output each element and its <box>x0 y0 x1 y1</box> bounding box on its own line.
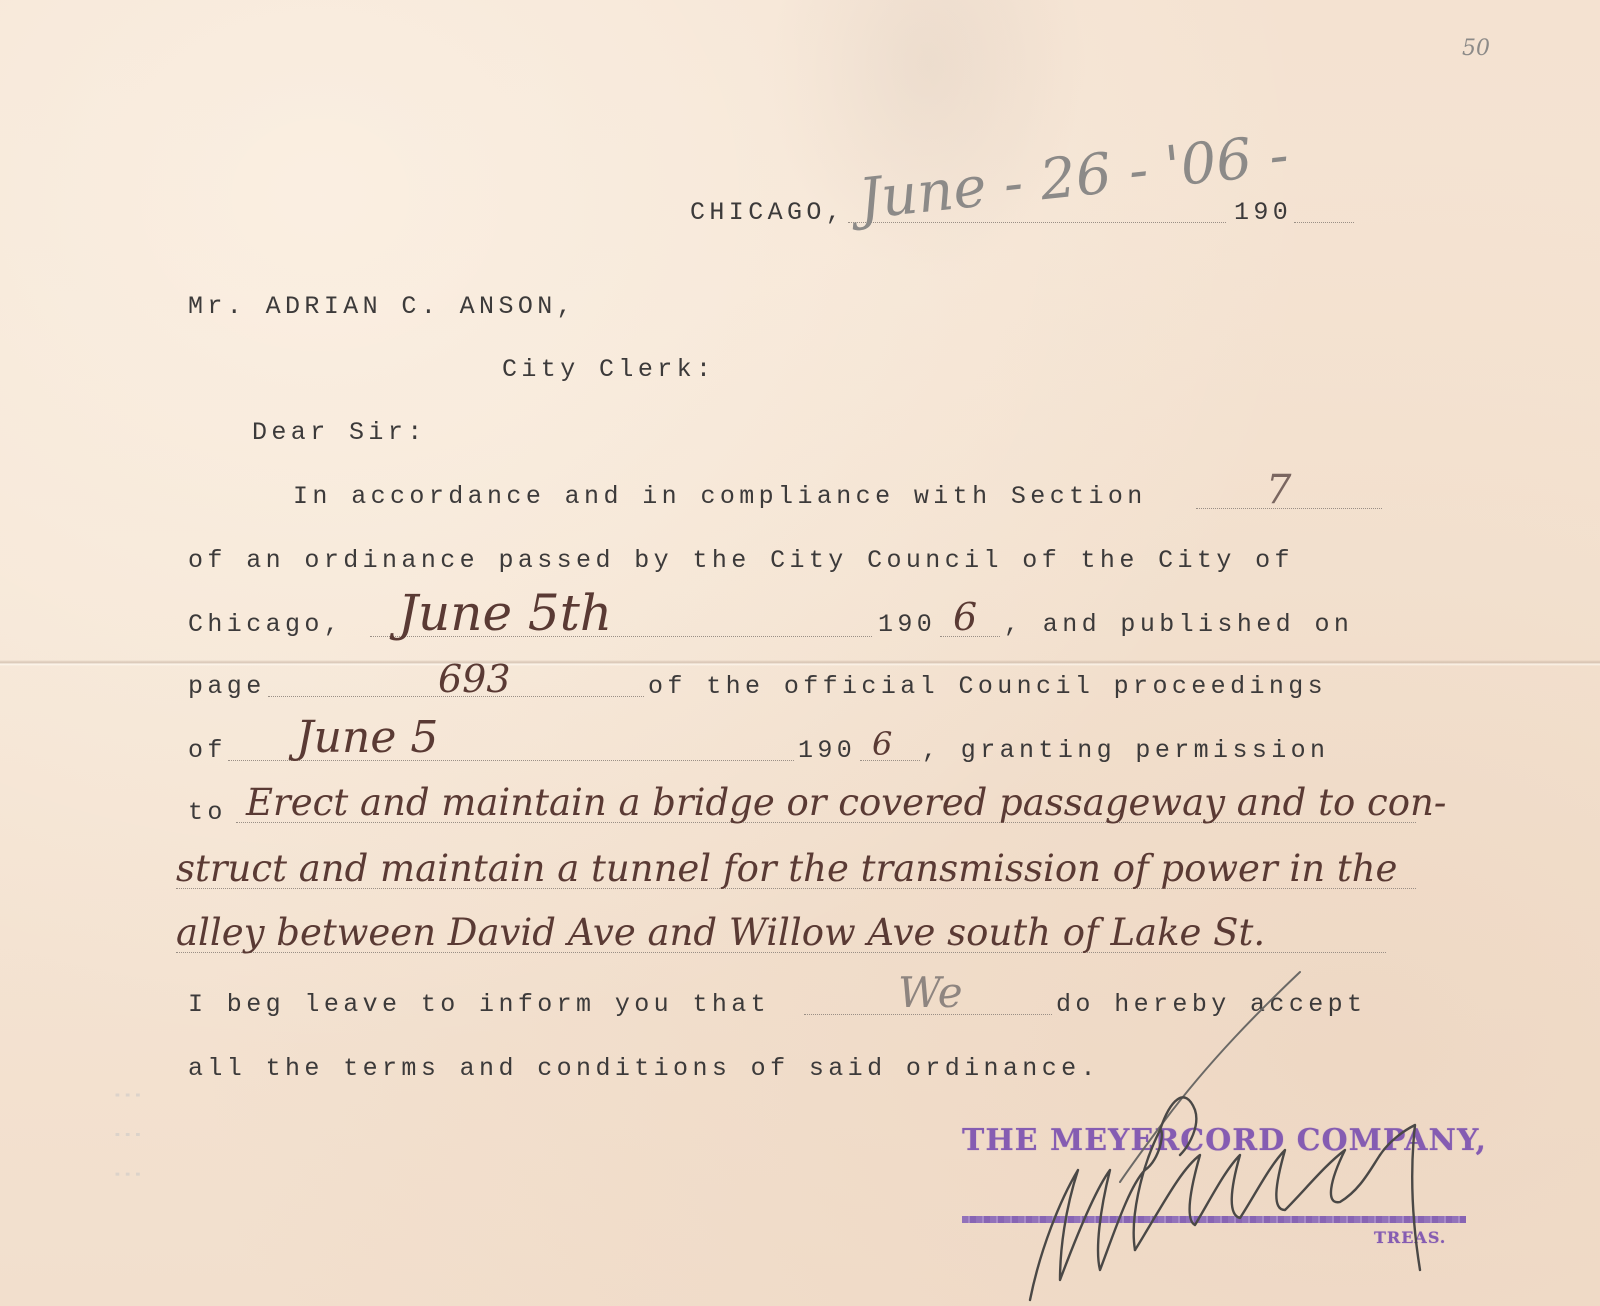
header-year-prefix: 190 <box>1234 200 1292 225</box>
permission-text-line-1: Erect and maintain a bridge or covered p… <box>246 784 1446 821</box>
body-line-9-prefix: I beg leave to inform you that <box>188 992 770 1017</box>
body-line-3-prefix: Chicago, <box>188 612 343 637</box>
body-line-5-prefix: of <box>188 738 227 763</box>
proceedings-year-fill-line <box>860 760 920 761</box>
handwritten-signature <box>960 970 1480 1306</box>
proceedings-date: June 5 <box>296 716 438 760</box>
body-line-3-suffix: , and published on <box>1004 612 1353 637</box>
body-line-1: In accordance and in compliance with Sec… <box>293 484 1147 509</box>
salutation: Dear Sir: <box>252 420 427 445</box>
passed-year-digit: 6 <box>953 598 977 636</box>
paper-fold-crease <box>0 660 1600 666</box>
proceedings-page-number: 693 <box>438 660 511 698</box>
header-city: CHICAGO, <box>690 200 845 225</box>
section-number: 7 <box>1266 470 1291 510</box>
page-number-mark: 50 <box>1462 38 1490 60</box>
passed-date: June 5th <box>398 588 612 638</box>
addressee-name: Mr. ADRIAN C. ANSON, <box>188 294 576 319</box>
body-line-2: of an ordinance passed by the City Counc… <box>188 548 1294 573</box>
year-fill-line <box>1294 222 1354 223</box>
body-line-4-prefix: page <box>188 674 266 699</box>
passed-year-fill-line <box>940 636 1000 637</box>
permission-text-line-3: alley between David Ave and Willow Ave s… <box>176 914 1265 951</box>
bleed-through-mark: ⋮ ⋮ ⋮ <box>110 1080 145 1189</box>
body-line-5-year-prefix: 190 <box>798 738 856 763</box>
body-line-5-suffix: , granting permission <box>922 738 1329 763</box>
acceptor-name: We <box>898 972 963 1014</box>
body-line-4-suffix: of the official Council proceedings <box>648 674 1327 699</box>
addressee-title: City Clerk: <box>502 357 715 382</box>
body-line-6-prefix: to <box>188 800 227 825</box>
permission-text-line-2: struct and maintain a tunnel for the tra… <box>176 850 1397 887</box>
body-line-3-year-prefix: 190 <box>878 612 936 637</box>
proceedings-year-digit: 6 <box>872 728 892 760</box>
